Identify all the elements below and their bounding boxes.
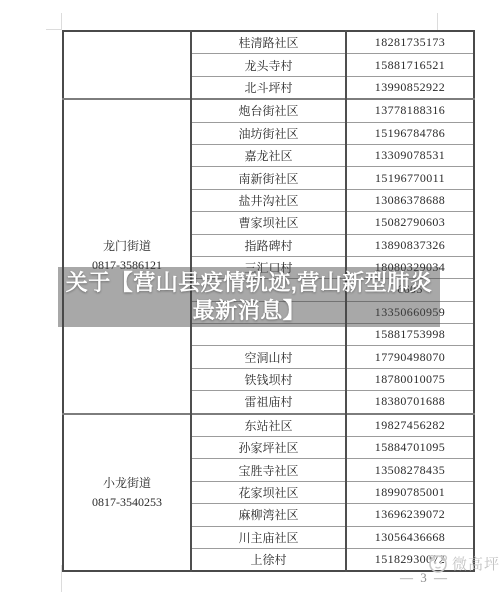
phone-cell: 18281735173 — [346, 31, 474, 54]
community-name-cell: 炮台街社区 — [191, 99, 346, 122]
crop-mark — [46, 29, 62, 30]
community-name-cell: 铁钱坝村 — [191, 368, 346, 390]
community-name-cell: 龙头寺村 — [191, 54, 346, 76]
headline-text-line1: 关于【营山县疫情轨迹,营山新型肺炎 — [66, 269, 433, 297]
phone-cell: 13309078531 — [346, 144, 474, 166]
community-name-cell: 曹家坝社区 — [191, 212, 346, 234]
phone-cell: 13890837326 — [346, 234, 474, 256]
crop-mark — [437, 13, 438, 30]
phone-cell: 13990852922 — [346, 76, 474, 99]
document-page: 桂清路社区18281735173龙头寺村15881716521北斗坪村13990… — [0, 0, 500, 595]
phone-cell: 18380701688 — [346, 391, 474, 414]
phone-cell: 15884701095 — [346, 437, 474, 459]
community-name-cell: 宝胜寺社区 — [191, 459, 346, 481]
table-row: 桂清路社区18281735173 — [63, 31, 474, 54]
community-name-cell: 指路碑村 — [191, 234, 346, 256]
panda-logo-icon — [426, 551, 450, 575]
phone-cell: 18990785001 — [346, 481, 474, 503]
community-name-cell: 桂清路社区 — [191, 31, 346, 54]
community-name-cell: 川主庙社区 — [191, 526, 346, 548]
community-name-cell: 雷祖庙村 — [191, 391, 346, 414]
street-cell: 小龙街道0817-3540253 — [63, 414, 191, 572]
community-name-cell: 盐井沟社区 — [191, 189, 346, 211]
phone-cell: 19827456282 — [346, 414, 474, 437]
watermark: 微高坪 — [426, 551, 500, 575]
phone-cell: 17790498070 — [346, 346, 474, 368]
phone-cell: 13696239072 — [346, 504, 474, 526]
watermark-label: 微高坪 — [452, 553, 500, 574]
headline-overlay: 关于【营山县疫情轨迹,营山新型肺炎 最新消息】 — [58, 267, 440, 327]
phone-cell: 15082790603 — [346, 212, 474, 234]
street-name: 小龙街道 — [66, 474, 188, 493]
street-name: 龙门街道 — [66, 237, 188, 256]
community-name-cell: 嘉龙社区 — [191, 144, 346, 166]
community-name-cell: 东站社区 — [191, 414, 346, 437]
community-name-cell: 麻柳湾社区 — [191, 504, 346, 526]
phone-cell: 15196784786 — [346, 122, 474, 144]
table-row: 小龙街道0817-3540253东站社区19827456282 — [63, 414, 474, 437]
community-name-cell: 油坊街社区 — [191, 122, 346, 144]
phone-cell: 18780010075 — [346, 368, 474, 390]
phone-cell: 15881716521 — [346, 54, 474, 76]
street-cell: 龙门街道0817-3586121 — [63, 99, 191, 413]
community-name-cell: 上徐村 — [191, 548, 346, 571]
headline-text-line2: 最新消息】 — [193, 297, 306, 325]
phone-cell: 13056436668 — [346, 526, 474, 548]
phone-cell: 13086378688 — [346, 189, 474, 211]
table-row: 龙门街道0817-3586121炮台街社区13778188316 — [63, 99, 474, 122]
crop-mark — [61, 13, 62, 30]
community-name-cell: 孙家坪社区 — [191, 437, 346, 459]
phone-cell: 15196770011 — [346, 167, 474, 189]
community-name-cell: 空洞山村 — [191, 346, 346, 368]
phone-cell: 13508278435 — [346, 459, 474, 481]
community-name-cell: 北斗坪村 — [191, 76, 346, 99]
street-phone: 0817-3540253 — [66, 493, 188, 512]
community-name-cell: 花家坝社区 — [191, 481, 346, 503]
phone-cell: 13778188316 — [346, 99, 474, 122]
street-cell — [63, 31, 191, 99]
community-name-cell: 南新街社区 — [191, 167, 346, 189]
